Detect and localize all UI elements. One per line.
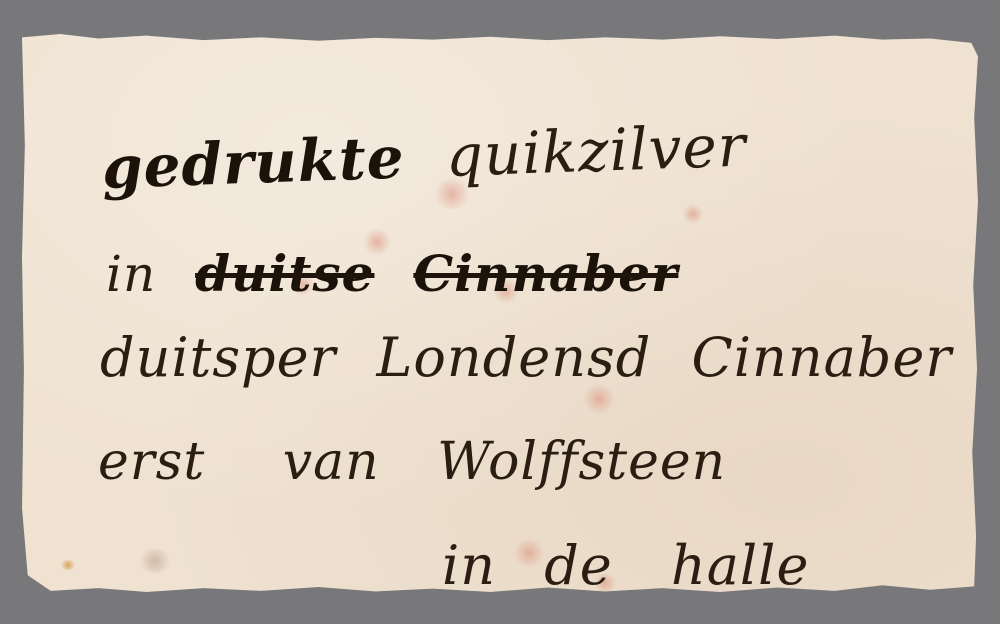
handwriting-line-3: duitsper Londensd Cinnaber bbox=[100, 326, 952, 389]
word: Wolffsteen bbox=[437, 432, 726, 492]
red-speck bbox=[682, 204, 704, 224]
word: Cinnaber bbox=[691, 326, 952, 389]
word: erst bbox=[98, 432, 205, 492]
word: duitsper bbox=[100, 326, 336, 389]
struck-word: duitse bbox=[195, 244, 374, 303]
amber-spot bbox=[60, 560, 76, 570]
paper-sheet: gedrukte quikzilver in duitse Cinnaber d… bbox=[22, 34, 978, 592]
word: van bbox=[283, 432, 380, 492]
handwriting-line-4: erst van Wolffsteen bbox=[98, 432, 726, 492]
word: Londensd bbox=[377, 326, 652, 389]
brown-stain bbox=[137, 549, 173, 573]
word: quikzilver bbox=[445, 112, 748, 190]
word: de bbox=[544, 534, 613, 597]
word: in bbox=[442, 534, 496, 597]
word: halle bbox=[671, 534, 809, 597]
struck-word: Cinnaber bbox=[413, 244, 678, 303]
word: gedrukte bbox=[101, 123, 406, 202]
word: in bbox=[106, 245, 156, 303]
handwriting-line-5: in de halle bbox=[442, 534, 809, 597]
handwriting-line-2: in duitse Cinnaber bbox=[106, 244, 678, 303]
handwriting-line-1: gedrukte quikzilver bbox=[101, 112, 748, 202]
